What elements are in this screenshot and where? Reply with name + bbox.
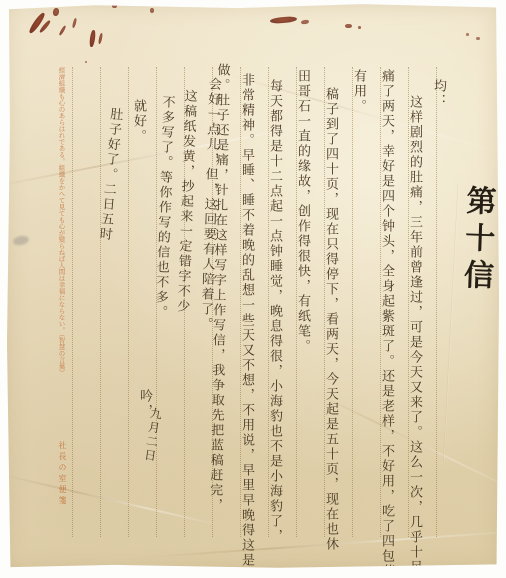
letter-number-annotation: 第十信 bbox=[459, 185, 493, 306]
letter-column-4: 稿子到了四十页，现在只得停下，看两天，今天起是五十页，现在也休 bbox=[324, 87, 337, 483]
ruled-line bbox=[100, 67, 101, 537]
paper-crease bbox=[443, 183, 460, 463]
ink-stain bbox=[58, 25, 66, 36]
ink-stain bbox=[98, 33, 103, 44]
salutation: 均： bbox=[432, 79, 445, 119]
letter-photo: 經濟組織も心のあらはれである。組織をかへて見ても心が變らねば人間は幸福にならない… bbox=[0, 0, 506, 578]
paper-sheet: 經濟組織も心のあらはれである。組織をかへて見ても心が變らねば人間は幸福にならない… bbox=[6, 3, 500, 570]
pencil-smudge bbox=[12, 234, 30, 246]
closing: 就好。 bbox=[132, 99, 145, 149]
ink-stain bbox=[345, 24, 352, 28]
ink-stain bbox=[466, 33, 469, 36]
ink-stain bbox=[358, 26, 361, 29]
ink-stain bbox=[52, 8, 59, 17]
letter-column-3: 有用。 bbox=[352, 69, 365, 483]
ink-stain bbox=[476, 37, 480, 40]
letter-column-2: 痛了两天，幸好是四个钟头，全身起紫斑了。还是老样，不好用，吃了四包药後 bbox=[380, 69, 393, 483]
ruled-line bbox=[436, 67, 437, 537]
stationery-imprint: 社長の室便箋 bbox=[58, 441, 66, 513]
ink-stain bbox=[112, 4, 117, 8]
ink-stain bbox=[301, 19, 309, 24]
stationery-motto: 經濟組織も心のあらはれである。組織をかへて見ても心が變らねば人間は幸福にならない… bbox=[58, 67, 65, 355]
ink-stain bbox=[85, 61, 87, 63]
letter-column-7: 非常精神。早睡、睡不着晚的乱想一些天又不想，不用说，早里早晚得这是早 bbox=[240, 73, 253, 483]
letter-column-6: 每天都得是十二点起一点钟睡觉，晚息得很，小海豹也不是小海豹了， bbox=[268, 79, 281, 483]
ink-stain bbox=[270, 16, 297, 24]
ink-stain bbox=[89, 30, 96, 48]
letter-column-10: 这稿纸发黄，抄起来一定错字不少 bbox=[169, 89, 196, 483]
letter-column-1: 这样剧烈的肚痛，三年前曾逢过，可是今天又来了。这么一次，几乎十足 bbox=[408, 95, 421, 483]
letter-column-5: 田哥石一直的缘故，创作得很快，有纸笔。 bbox=[296, 69, 309, 483]
paper-crease bbox=[0, 473, 223, 527]
ruled-line bbox=[128, 67, 129, 537]
ink-stain bbox=[150, 8, 154, 13]
ink-stain bbox=[72, 18, 77, 28]
ruled-line bbox=[72, 67, 73, 537]
